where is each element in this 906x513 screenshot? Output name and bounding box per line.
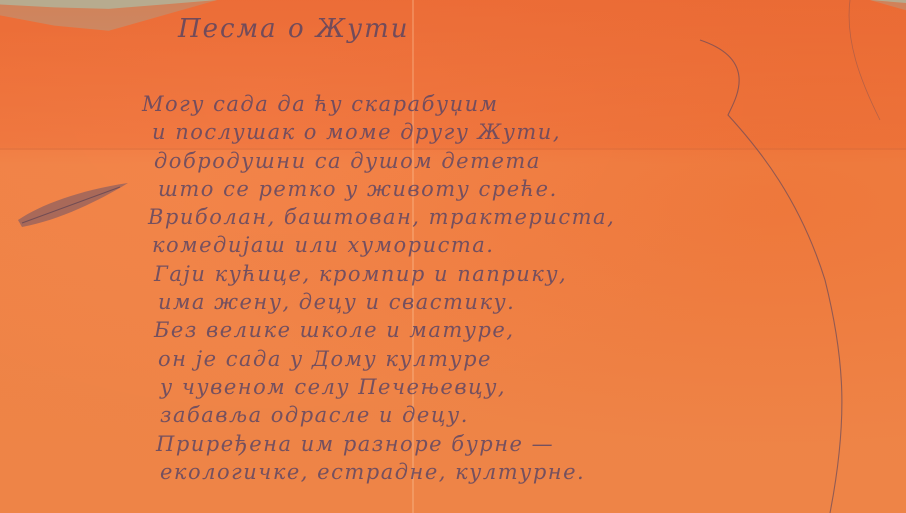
- poem-line: он је сада у Дому културе: [158, 345, 690, 373]
- poem-title: Песма о Жути: [178, 14, 410, 44]
- poem-line: и послушак о моме другу Жути,: [152, 118, 690, 146]
- poem-line: Без велике школе и матуре,: [154, 316, 690, 344]
- poem-line: Приређена им разноре бурне —: [156, 430, 690, 458]
- poem-line: Могу сада да ћу скарабуџим: [142, 90, 690, 118]
- poem-line: што се ретко у животу среће.: [158, 175, 690, 203]
- poem-line: има жену, децу и свастику.: [158, 288, 690, 316]
- poem-line: комедијаш или хумориста.: [152, 231, 690, 259]
- poem-line: Вриболан, баштован, трактериста,: [148, 203, 690, 231]
- poem-line: екологичке, естрадне, културне.: [160, 458, 690, 486]
- poem-line: добродушни са душом детета: [154, 147, 690, 175]
- poem-line: Гаји кућице, кромпир и паприку,: [154, 260, 690, 288]
- poem-line: у чувеном селу Печењевцу,: [160, 373, 690, 401]
- poem-body: Могу сада да ћу скарабуџим и послушак о …: [130, 90, 690, 486]
- poem-line: забавља одрасле и децу.: [160, 401, 690, 429]
- feather-sketch-icon: [10, 175, 130, 235]
